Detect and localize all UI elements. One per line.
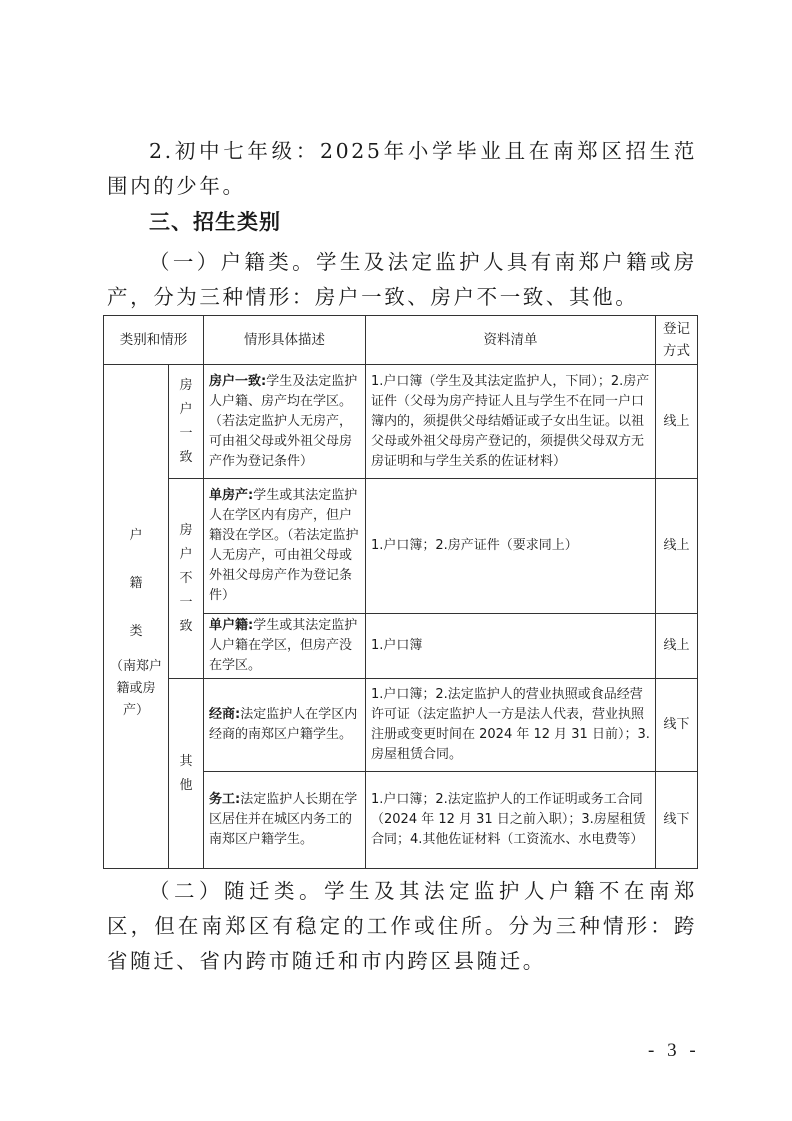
description-title: 经商 — [209, 707, 235, 722]
materials-cell: 1.户口簿；2.房产证件（要求同上） — [366, 479, 656, 614]
description-title: 务工 — [209, 792, 235, 807]
group-label: 房户不一致 — [169, 479, 204, 679]
table-header-row: 类别和情形 情形具体描述 资料清单 登记方式 — [104, 316, 698, 365]
method-cell: 线下 — [656, 679, 698, 772]
description-title: 单户籍 — [209, 618, 248, 633]
method-cell: 线上 — [656, 365, 698, 479]
method-cell: 线下 — [656, 772, 698, 869]
description-cell: 经商:法定监护人在学区内经商的南郑区户籍学生。 — [204, 679, 366, 772]
description-title: 房户一致 — [209, 374, 261, 389]
group-label: 房户一致 — [169, 365, 204, 479]
table-row: 其他 经商:法定监护人在学区内经商的南郑区户籍学生。 1.户口簿；2.法定监护人… — [104, 679, 698, 772]
section-heading: 三、招生类别 — [149, 207, 281, 237]
category-note: （南郑户籍或房产） — [110, 659, 162, 718]
materials-cell: 1.户口簿（学生及其法定监护人，下同）；2.房产证件（父母为房产持证人且与学生不… — [366, 365, 656, 479]
header-method: 登记方式 — [656, 316, 698, 365]
header-category: 类别和情形 — [104, 316, 204, 365]
document-page: 2.初中七年级：2025年小学毕业且在南郑区招生范围内的少年。 三、招生类别 （… — [0, 0, 792, 1121]
category-char: 户 — [109, 512, 163, 560]
page-number: - 3 - — [648, 1040, 700, 1062]
description-cell: 单户籍:学生或其法定监护人户籍在学区，但房产没在学区。 — [204, 614, 366, 679]
category-cell: 户 籍 类 （南郑户籍或房产） — [104, 365, 169, 869]
description-cell: 单房产:学生或其法定监护人在学区内有房产，但户籍没在学区。（若法定监护人无房产，… — [204, 479, 366, 614]
paragraph-household-category: （一）户籍类。学生及法定监护人具有南郑户籍或房产，分为三种情形：房户一致、房户不… — [107, 245, 697, 315]
group-label: 其他 — [169, 679, 204, 869]
table-row: 房户不一致 单房产:学生或其法定监护人在学区内有房产，但户籍没在学区。（若法定监… — [104, 479, 698, 614]
category-char: 类 — [109, 608, 163, 656]
materials-cell: 1.户口簿；2.法定监护人的营业执照或食品经营许可证（法定监护人一方是法人代表，… — [366, 679, 656, 772]
paragraph-grade7: 2.初中七年级：2025年小学毕业且在南郑区招生范围内的少年。 — [107, 134, 697, 204]
table-row: 户 籍 类 （南郑户籍或房产） 房户一致 房户一致:学生及法定监护人户籍、房产均… — [104, 365, 698, 479]
materials-cell: 1.户口簿；2.法定监护人的工作证明或务工合同（2024 年 12 月 31 日… — [366, 772, 656, 869]
paragraph-migrant-category: （二）随迁类。学生及其法定监护人户籍不在南郑区，但在南郑区有稳定的工作或住所。分… — [107, 874, 697, 979]
header-materials: 资料清单 — [366, 316, 656, 365]
header-description: 情形具体描述 — [204, 316, 366, 365]
description-cell: 务工:法定监护人长期在学区居住并在城区内务工的南郑区户籍学生。 — [204, 772, 366, 869]
enrollment-category-table: 类别和情形 情形具体描述 资料清单 登记方式 户 籍 类 （南郑户籍或房产） 房… — [103, 315, 698, 869]
method-cell: 线上 — [656, 479, 698, 614]
category-char: 籍 — [109, 560, 163, 608]
description-text: 学生或其法定监护人在学区内有房产，但户籍没在学区。（若法定监护人无房产，可由祖父… — [209, 488, 359, 603]
description-title: 单房产 — [209, 488, 248, 503]
method-cell: 线上 — [656, 614, 698, 679]
description-cell: 房户一致:学生及法定监护人户籍、房产均在学区。（若法定监护人无房产，可由祖父母或… — [204, 365, 366, 479]
materials-cell: 1.户口簿 — [366, 614, 656, 679]
